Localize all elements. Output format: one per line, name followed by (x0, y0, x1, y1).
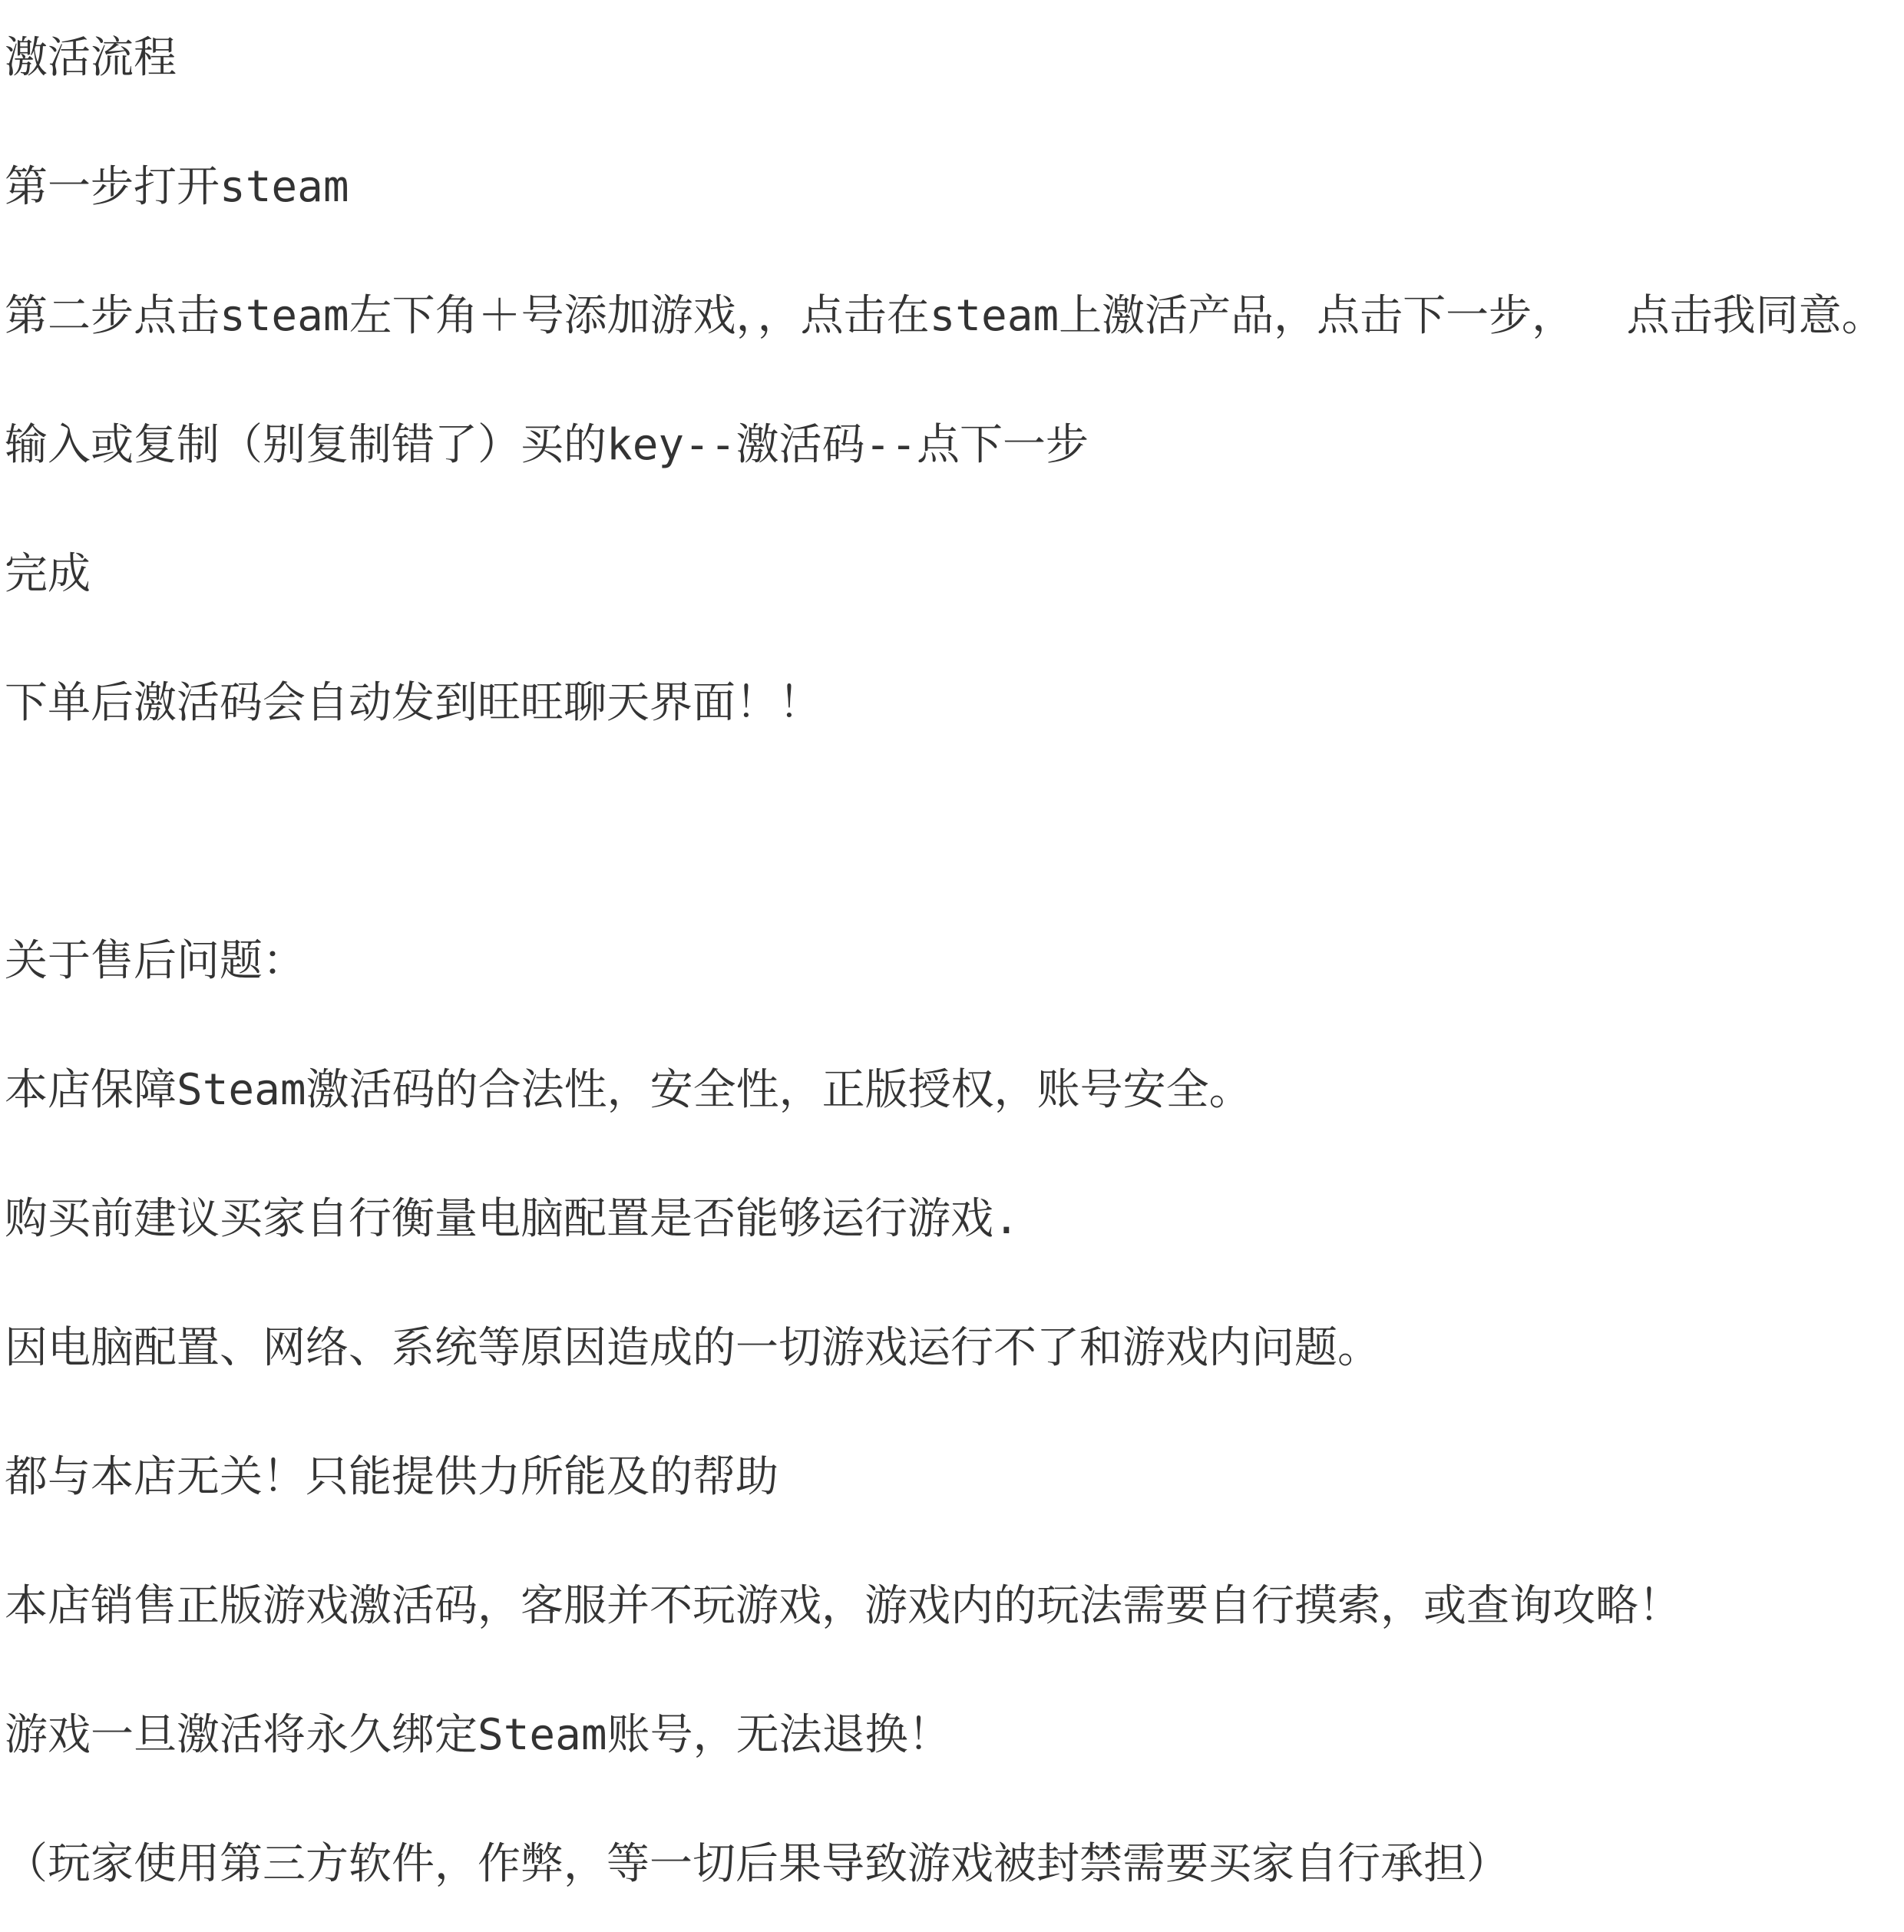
document-root: 激活流程 第一步打开steam 第二步点击steam左下角＋号添加游戏，，点击在… (0, 0, 1904, 1888)
line-step-1-open-steam: 第一步打开steam (5, 164, 1896, 211)
line-step-2-add-game: 第二步点击steam左下角＋号添加游戏，，点击在steam上激活产品，点击下一步… (5, 293, 1896, 340)
line-no-refund: 游戏一旦激活将永久绑定Steam账号，无法退换！ (5, 1712, 1896, 1759)
line-code-delivery-notice: 下单后激活码会自动发到旺旺聊天界面！！ (5, 680, 1896, 727)
line-store-not-responsible: 都与本店无关！只能提供力所能及的帮助 (5, 1454, 1896, 1501)
section-after-sales: 关于售后问题： 本店保障Steam激活码的合法性，安全性，正版授权，账号安全。 … (5, 938, 1896, 1888)
line-step-3-enter-key: 输入或复制（别复制错了）买的key--激活码--点下一步 (5, 422, 1896, 469)
line-issue-causes: 因电脑配置、网络、系统等原因造成的一切游戏运行不了和游戏内问题。 (5, 1325, 1896, 1372)
line-no-gameplay-support: 本店销售正版游戏激活码，客服并不玩游戏，游戏内的玩法需要自行摸索，或查询攻略！ (5, 1583, 1896, 1630)
line-key-guarantee: 本店保障Steam激活码的合法性，安全性，正版授权，账号安全。 (5, 1067, 1896, 1114)
section-activation-steps: 激活流程 第一步打开steam 第二步点击steam左下角＋号添加游戏，，点击在… (5, 35, 1896, 727)
line-done: 完成 (5, 551, 1896, 598)
line-aftersales-heading: 关于售后问题： (5, 938, 1896, 985)
line-activation-title: 激活流程 (5, 35, 1896, 82)
line-ban-disclaimer: （玩家使用第三方软件，作弊，等一切后果导致游戏被封禁需要买家自行承担） (5, 1841, 1896, 1888)
line-check-pc-specs: 购买前建议买家自行衡量电脑配置是否能够运行游戏. (5, 1196, 1896, 1243)
section-spacer (5, 809, 1896, 938)
